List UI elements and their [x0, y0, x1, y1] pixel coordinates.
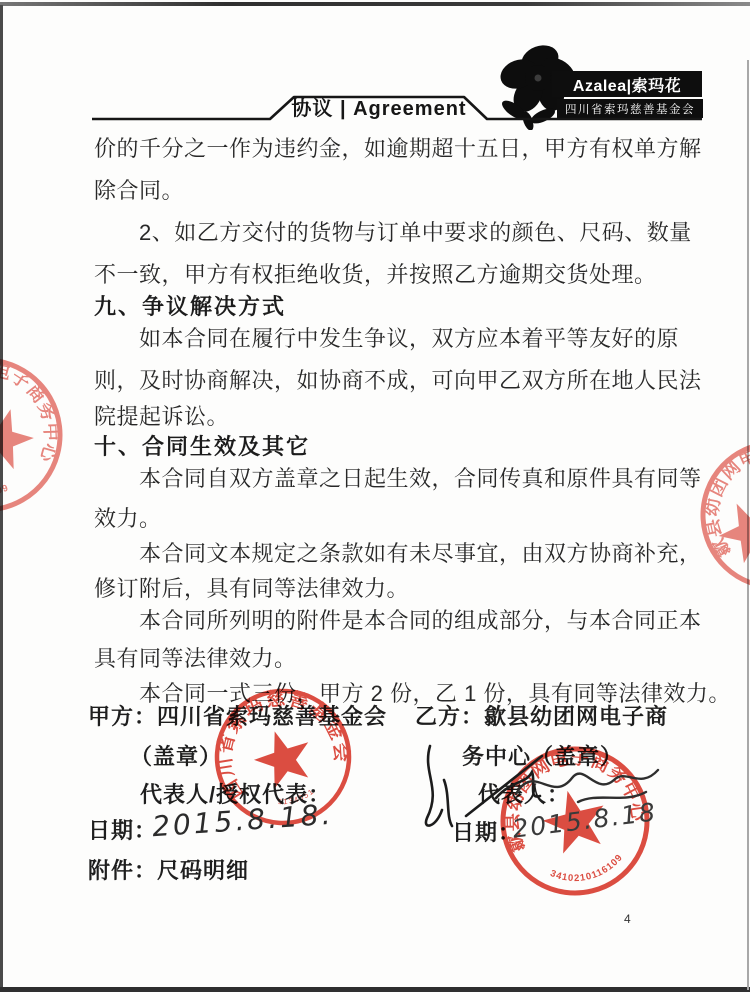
- contract-line: 本合同自双方盖章之日起生效，合同传真和原件具有同等: [94, 458, 669, 500]
- contract-line: 除合同。: [94, 170, 669, 212]
- contract-line: 如本合同在履行中发生争议，双方应本着平等友好的原: [94, 318, 669, 360]
- left-seam-seal-code: 3410210116109: [0, 464, 13, 507]
- svg-text:3410210116109: 3410210116109: [546, 850, 628, 891]
- contract-line: 价的千分之一作为违约金，如逾期超十五日，甲方有权单方解: [94, 128, 669, 170]
- svg-text:3410210116109: 3410210116109: [0, 464, 13, 507]
- star-icon: [248, 723, 319, 792]
- document-page: Azalea|索玛花 四川省索玛慈善基金会 协议 | Agreement 价的千…: [0, 0, 750, 1000]
- contract-line: 2、如乙方交付的货物与订单中要求的颜色、尺码、数量: [94, 212, 669, 254]
- party-b-representative-signature: [508, 752, 668, 812]
- scan-edge-top: [0, 2, 750, 6]
- party-a-attachment: 附件：尺码明细: [88, 854, 249, 885]
- star-icon: [0, 401, 39, 472]
- svg-text:歙县幼团网电子商务中心: 歙县幼团网电子商务中心: [680, 420, 750, 562]
- party-a-date-label: 日期：: [88, 814, 157, 845]
- party-b-seal-code: 3410210116109: [546, 850, 628, 891]
- right-seam-seal: 歙县幼团网电子商务中心 3410210116109: [680, 420, 750, 610]
- contract-body: 价的千分之一作为违约金，如逾期超十五日，甲方有权单方解 除合同。 2、如乙方交付…: [94, 128, 669, 715]
- contract-line: 本合同所列明的附件是本合同的组成部分，与本合同正本: [94, 600, 669, 642]
- right-seam-seal-arc-text: 歙县幼团网电子商务中心: [680, 420, 750, 562]
- scan-edge-bottom: [0, 987, 750, 992]
- agreement-banner: 协议 | Agreement: [90, 88, 708, 128]
- left-seam-seal: 歙县幼团网电子商务中心 3410210116109: [0, 340, 80, 530]
- banner-title: 协议 | Agreement: [291, 96, 466, 120]
